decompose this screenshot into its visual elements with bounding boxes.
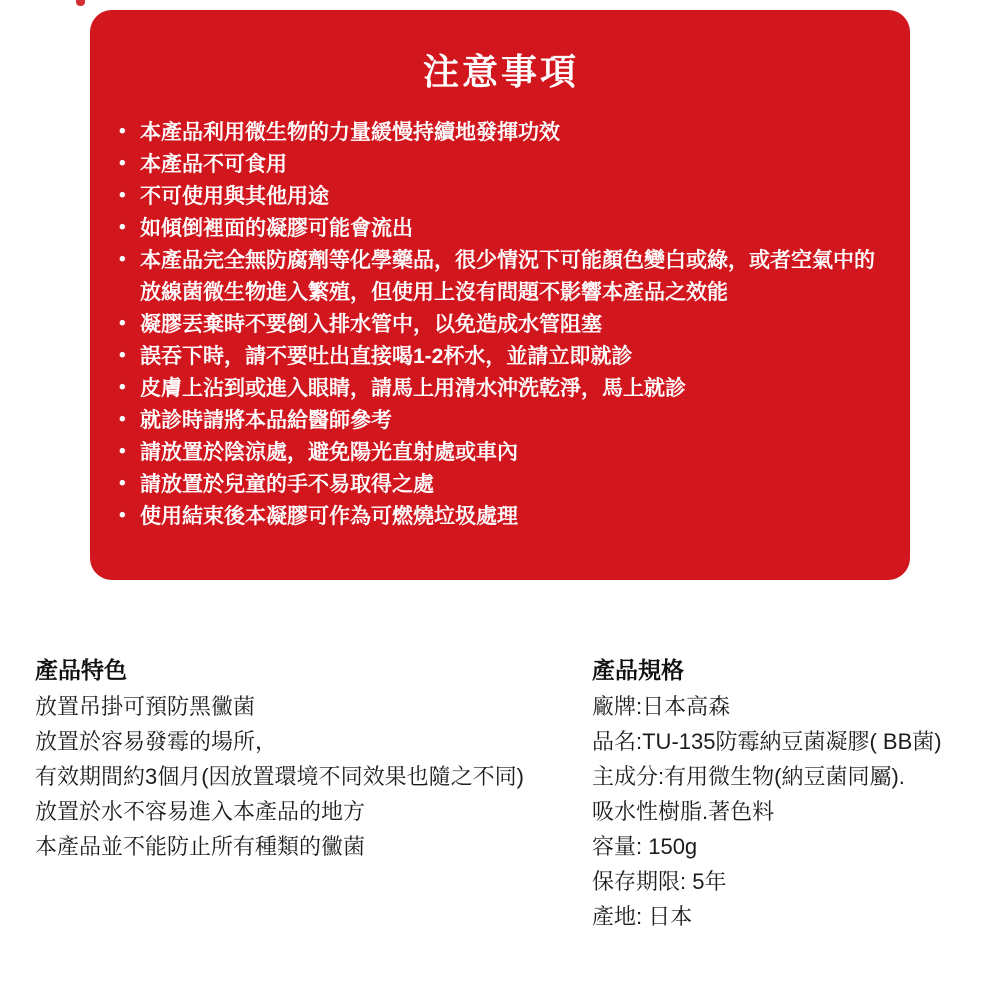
bullet-icon: • [119, 500, 126, 532]
features-section: 產品特色 放置吊掛可預防黑黴菌 放置於容易發霉的場所， 有效期間約3個月(因放置… [35, 653, 580, 864]
spec-line: 品名:TU-135防霉納豆菌凝膠( BB菌) [592, 724, 994, 759]
scan-artifact-dot [76, 0, 85, 6]
notice-list: • 本產品利用微生物的力量緩慢持續地發揮功效 • 本產品不可食用 • 不可使用與… [116, 117, 886, 533]
notice-item-text: 不可使用與其他用途 [140, 185, 329, 208]
spec-line: 廠牌:日本高森 [592, 689, 994, 724]
notice-item: • 本產品不可食用 [116, 149, 886, 181]
feature-line: 本產品並不能防止所有種類的黴菌 [35, 829, 580, 864]
bullet-icon: • [119, 404, 126, 436]
spec-line: 主成分:有用微生物(納豆菌同屬). [592, 759, 994, 794]
notice-item: • 如傾倒裡面的凝膠可能會流出 [116, 213, 886, 245]
product-info-page: 注意事項 • 本產品利用微生物的力量緩慢持續地發揮功效 • 本產品不可食用 • … [0, 0, 1000, 1000]
notice-item-text: 本產品完全無防腐劑等化學藥品，很少情況下可能顏色變白或綠，或者空氣中的放線菌微生… [140, 249, 875, 304]
notice-item: • 皮膚上沾到或進入眼睛，請馬上用清水沖洗乾淨，馬上就診 [116, 373, 886, 405]
bullet-icon: • [119, 372, 126, 404]
feature-line: 放置於水不容易進入本產品的地方 [35, 794, 580, 829]
bullet-icon: • [119, 212, 126, 244]
notice-item: • 請放置於陰涼處，避免陽光直射處或車內 [116, 437, 886, 469]
bullet-icon: • [119, 244, 126, 276]
spec-line: 保存期限: 5年 [592, 864, 994, 899]
notice-item-text: 誤吞下時，請不要吐出直接喝1-2杯水，並請立即就診 [140, 345, 632, 368]
notice-item: • 不可使用與其他用途 [116, 181, 886, 213]
specs-list: 廠牌:日本高森 品名:TU-135防霉納豆菌凝膠( BB菌) 主成分:有用微生物… [592, 689, 994, 934]
feature-line: 有效期間約3個月(因放置環境不同效果也隨之不同) [35, 759, 580, 794]
notice-box: 注意事項 • 本產品利用微生物的力量緩慢持續地發揮功效 • 本產品不可食用 • … [90, 10, 910, 580]
notice-item-text: 請放置於兒童的手不易取得之處 [140, 473, 434, 496]
notice-item-text: 就診時請將本品給醫師參考 [140, 409, 392, 432]
feature-line: 放置吊掛可預防黑黴菌 [35, 689, 580, 724]
notice-item: • 本產品利用微生物的力量緩慢持續地發揮功效 [116, 117, 886, 149]
bullet-icon: • [119, 116, 126, 148]
notice-item-text: 本產品不可食用 [140, 153, 287, 176]
notice-item: • 凝膠丟棄時不要倒入排水管中，以免造成水管阻塞 [116, 309, 886, 341]
bullet-icon: • [119, 308, 126, 340]
notice-item-text: 凝膠丟棄時不要倒入排水管中，以免造成水管阻塞 [140, 313, 602, 336]
notice-item: • 請放置於兒童的手不易取得之處 [116, 469, 886, 501]
notice-item: • 使用結束後本凝膠可作為可燃燒垃圾處理 [116, 501, 886, 533]
features-heading: 產品特色 [35, 653, 580, 687]
notice-item-text: 使用結束後本凝膠可作為可燃燒垃圾處理 [140, 505, 518, 528]
bullet-icon: • [119, 340, 126, 372]
notice-title: 注意事項 [116, 44, 886, 95]
spec-line: 吸水性樹脂.著色料 [592, 794, 994, 829]
notice-item: • 本產品完全無防腐劑等化學藥品，很少情況下可能顏色變白或綠，或者空氣中的放線菌… [116, 245, 886, 309]
specs-section: 產品規格 廠牌:日本高森 品名:TU-135防霉納豆菌凝膠( BB菌) 主成分:… [592, 653, 994, 934]
bullet-icon: • [119, 180, 126, 212]
bullet-icon: • [119, 468, 126, 500]
notice-item: • 誤吞下時，請不要吐出直接喝1-2杯水，並請立即就診 [116, 341, 886, 373]
notice-item-text: 本產品利用微生物的力量緩慢持續地發揮功效 [140, 121, 560, 144]
bullet-icon: • [119, 436, 126, 468]
specs-heading: 產品規格 [592, 653, 994, 687]
spec-line: 容量: 150g [592, 829, 994, 864]
notice-item: • 就診時請將本品給醫師參考 [116, 405, 886, 437]
feature-line: 放置於容易發霉的場所， [35, 724, 580, 759]
notice-item-text: 如傾倒裡面的凝膠可能會流出 [140, 217, 413, 240]
notice-item-text: 請放置於陰涼處，避免陽光直射處或車內 [140, 441, 518, 464]
features-list: 放置吊掛可預防黑黴菌 放置於容易發霉的場所， 有效期間約3個月(因放置環境不同效… [35, 689, 580, 864]
spec-line: 產地: 日本 [592, 899, 994, 934]
notice-item-text: 皮膚上沾到或進入眼睛，請馬上用清水沖洗乾淨，馬上就診 [140, 377, 686, 400]
bullet-icon: • [119, 148, 126, 180]
